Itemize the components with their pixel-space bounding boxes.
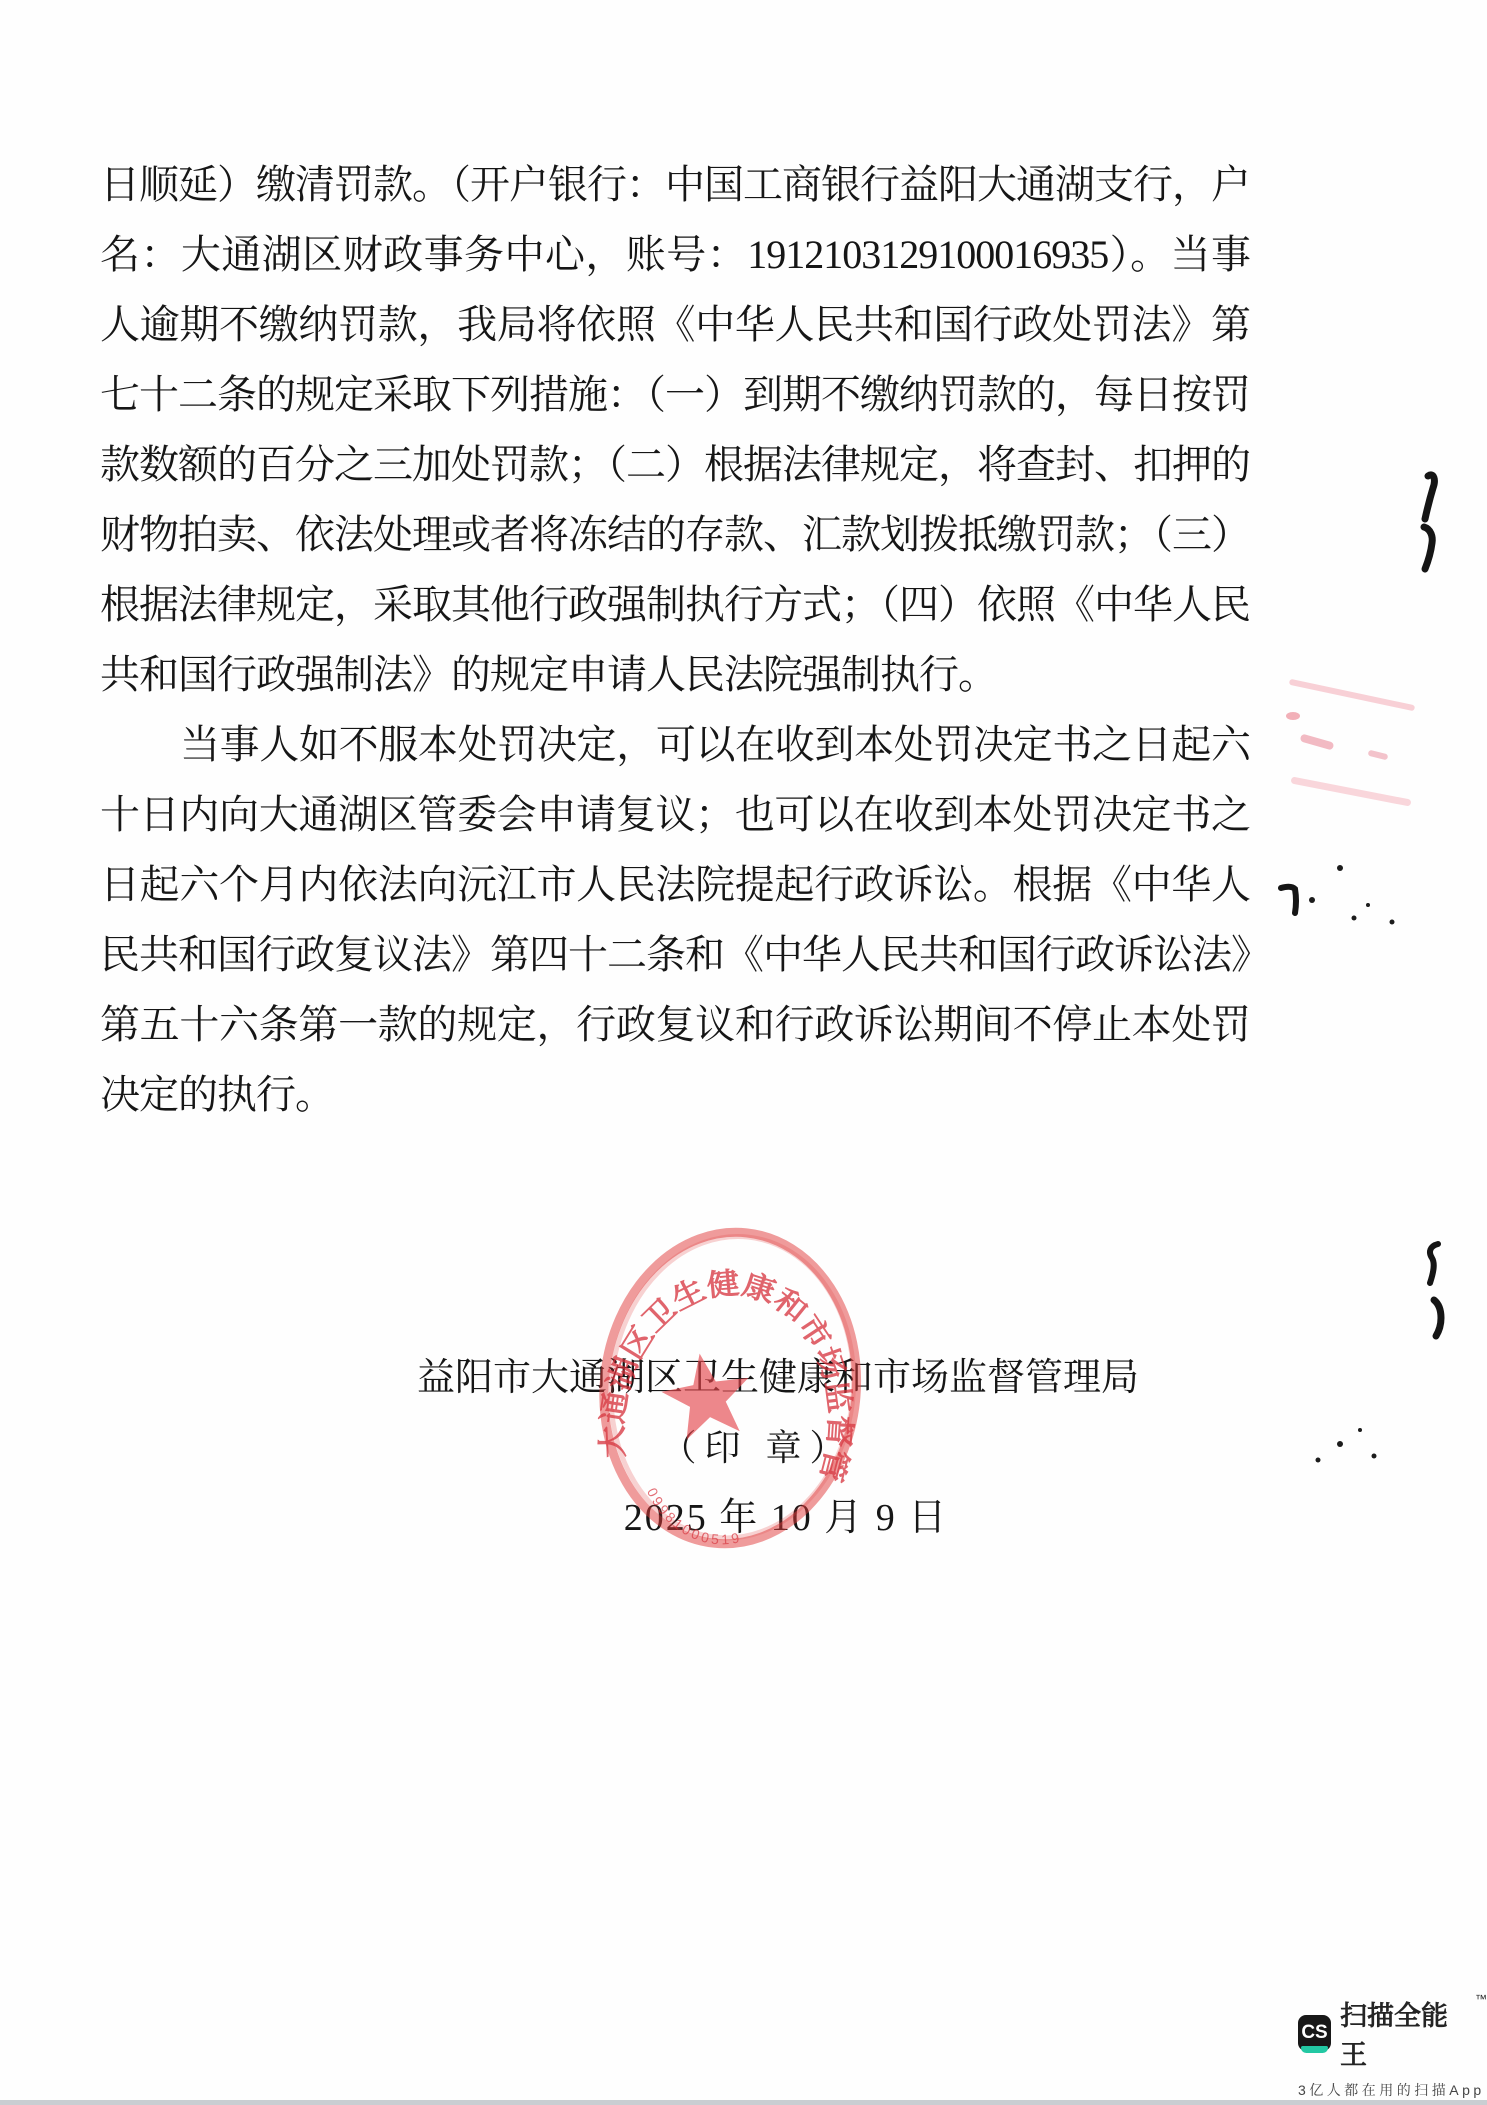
decision-date: 2025 年 10 月 9 日 — [624, 1486, 949, 1541]
camscanner-tagline: 3亿人都在用的扫描App — [1298, 2080, 1487, 2100]
camscanner-logo-accent — [1301, 2046, 1328, 2053]
paragraph-penalty-payment: 日顺延）缴清罚款。（开户银行：中国工商银行益阳大通湖支行，户名：大通湖区财政事务… — [100, 150, 1250, 710]
ink-mark — [1434, 1300, 1441, 1336]
red-smudge — [1289, 679, 1415, 711]
scanned-document-page: 日顺延）缴清罚款。（开户银行：中国工商银行益阳大通湖支行，户名：大通湖区财政事务… — [0, 0, 1487, 2105]
ink-mark — [1430, 1244, 1438, 1283]
camscanner-app-name: 扫描全能王 — [1340, 1994, 1464, 2072]
ink-mark — [1281, 887, 1296, 913]
scan-edge-line — [0, 2100, 1487, 2105]
ink-specks — [1309, 865, 1395, 1463]
ink-mark — [1424, 527, 1432, 569]
paragraph-appeal-rights: 当事人如不服本处罚决定，可以在收到本处罚决定书之日起六十日内向大通湖区管委会申请… — [100, 710, 1250, 1130]
document-body: 日顺延）缴清罚款。（开户银行：中国工商银行益阳大通湖支行，户名：大通湖区财政事务… — [100, 150, 1250, 1130]
red-smudge — [1286, 712, 1300, 720]
issuing-authority-name: 益阳市大通湖区卫生健康和市场监督管理局 — [417, 1346, 1139, 1401]
ink-mark — [1425, 475, 1434, 519]
camscanner-watermark: CS 扫描全能王 ™ 3亿人都在用的扫描App — [1298, 1994, 1487, 2100]
seal-placeholder-text: （印 章） — [660, 1420, 853, 1471]
red-smudge — [1368, 750, 1389, 761]
camscanner-logo-icon: CS — [1298, 2015, 1331, 2051]
trademark-symbol: ™ — [1475, 1992, 1487, 2006]
red-smudge — [1300, 733, 1335, 750]
camscanner-logo-text: CS — [1301, 2022, 1327, 2044]
red-smudge — [1290, 776, 1411, 806]
